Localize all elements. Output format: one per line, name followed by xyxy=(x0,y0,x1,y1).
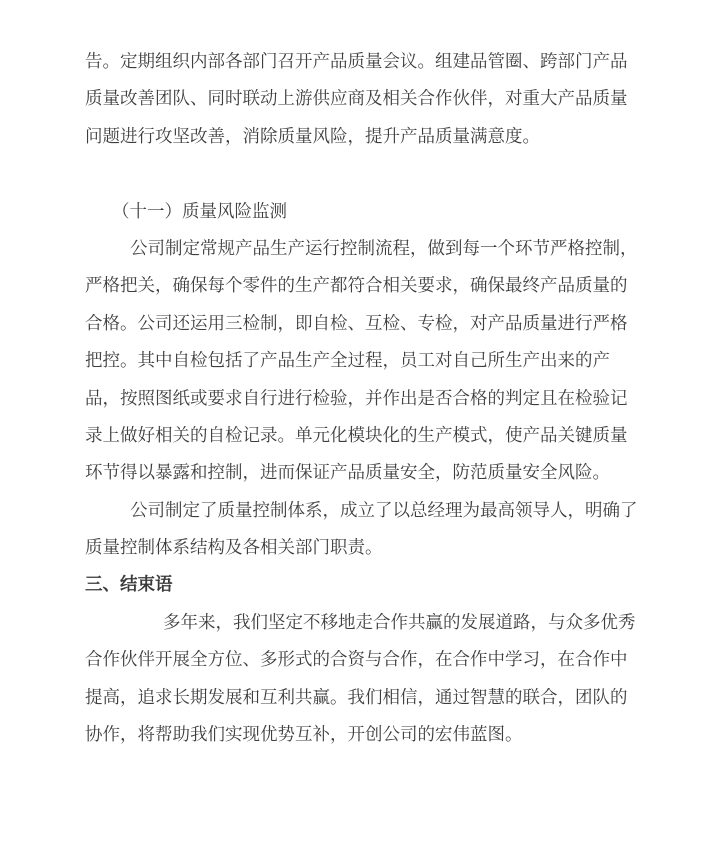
paragraph-conclusion-line: 协作，将帮助我们实现优势互补，开创公司的宏伟蓝图。 xyxy=(85,716,630,753)
paragraph-conclusion-line: 提高，追求长期发展和互利共赢。我们相信，通过智慧的联合，团队的 xyxy=(85,679,630,716)
paragraph-quality-improvement-line: 问题进行攻坚改善，消除质量风险，提升产品质量满意度。 xyxy=(85,118,630,155)
conclusion-heading: 三、结束语 xyxy=(85,566,630,603)
paragraph-process-control-line: 把控。其中自检包括了产品生产全过程，员工对自己所生产出来的产 xyxy=(85,342,630,379)
paragraph-quality-improvement-line: 告。定期组织内部各部门召开产品质量会议。组建品管圈、跨部门产品 xyxy=(85,43,630,80)
paragraph-process-control-line: 录上做好相关的自检记录。单元化模块化的生产模式，使产品关键质量 xyxy=(85,417,630,454)
paragraph-process-control-line: 品，按照图纸或要求自行进行检验，并作出是否合格的判定且在检验记 xyxy=(85,380,630,417)
paragraph-quality-improvement-line: 质量改善团队、同时联动上游供应商及相关合作伙伴，对重大产品质量 xyxy=(85,80,630,117)
paragraph-quality-system-line: 质量控制体系结构及各相关部门职责。 xyxy=(85,529,630,566)
document-page: 告。定期组织内部各部门召开产品质量会议。组建品管圈、跨部门产品 质量改善团队、同… xyxy=(0,0,710,842)
document-content: 告。定期组织内部各部门召开产品质量会议。组建品管圈、跨部门产品 质量改善团队、同… xyxy=(85,43,630,753)
paragraph-conclusion-line: 合作伙伴开展全方位、多形式的合资与合作，在合作中学习，在合作中 xyxy=(85,641,630,678)
paragraph-quality-system-line: 公司制定了质量控制体系，成立了以总经理为最高领导人，明确了 xyxy=(85,492,630,529)
paragraph-process-control-line: 环节得以暴露和控制，进而保证产品质量安全，防范质量安全风险。 xyxy=(85,454,630,491)
paragraph-process-control-line: 公司制定常规产品生产运行控制流程，做到每一个环节严格控制， xyxy=(85,230,630,267)
paragraph-conclusion-line: 多年来，我们坚定不移地走合作共赢的发展道路，与众多优秀 xyxy=(85,604,630,641)
paragraph-process-control-line: 严格把关，确保每个零件的生产都符合相关要求，确保最终产品质量的 xyxy=(85,267,630,304)
paragraph-process-control-line: 合格。公司还运用三检制，即自检、互检、专检，对产品质量进行严格 xyxy=(85,305,630,342)
section-heading: （十一）质量风险监测 xyxy=(85,193,630,230)
blank-line xyxy=(85,155,630,192)
